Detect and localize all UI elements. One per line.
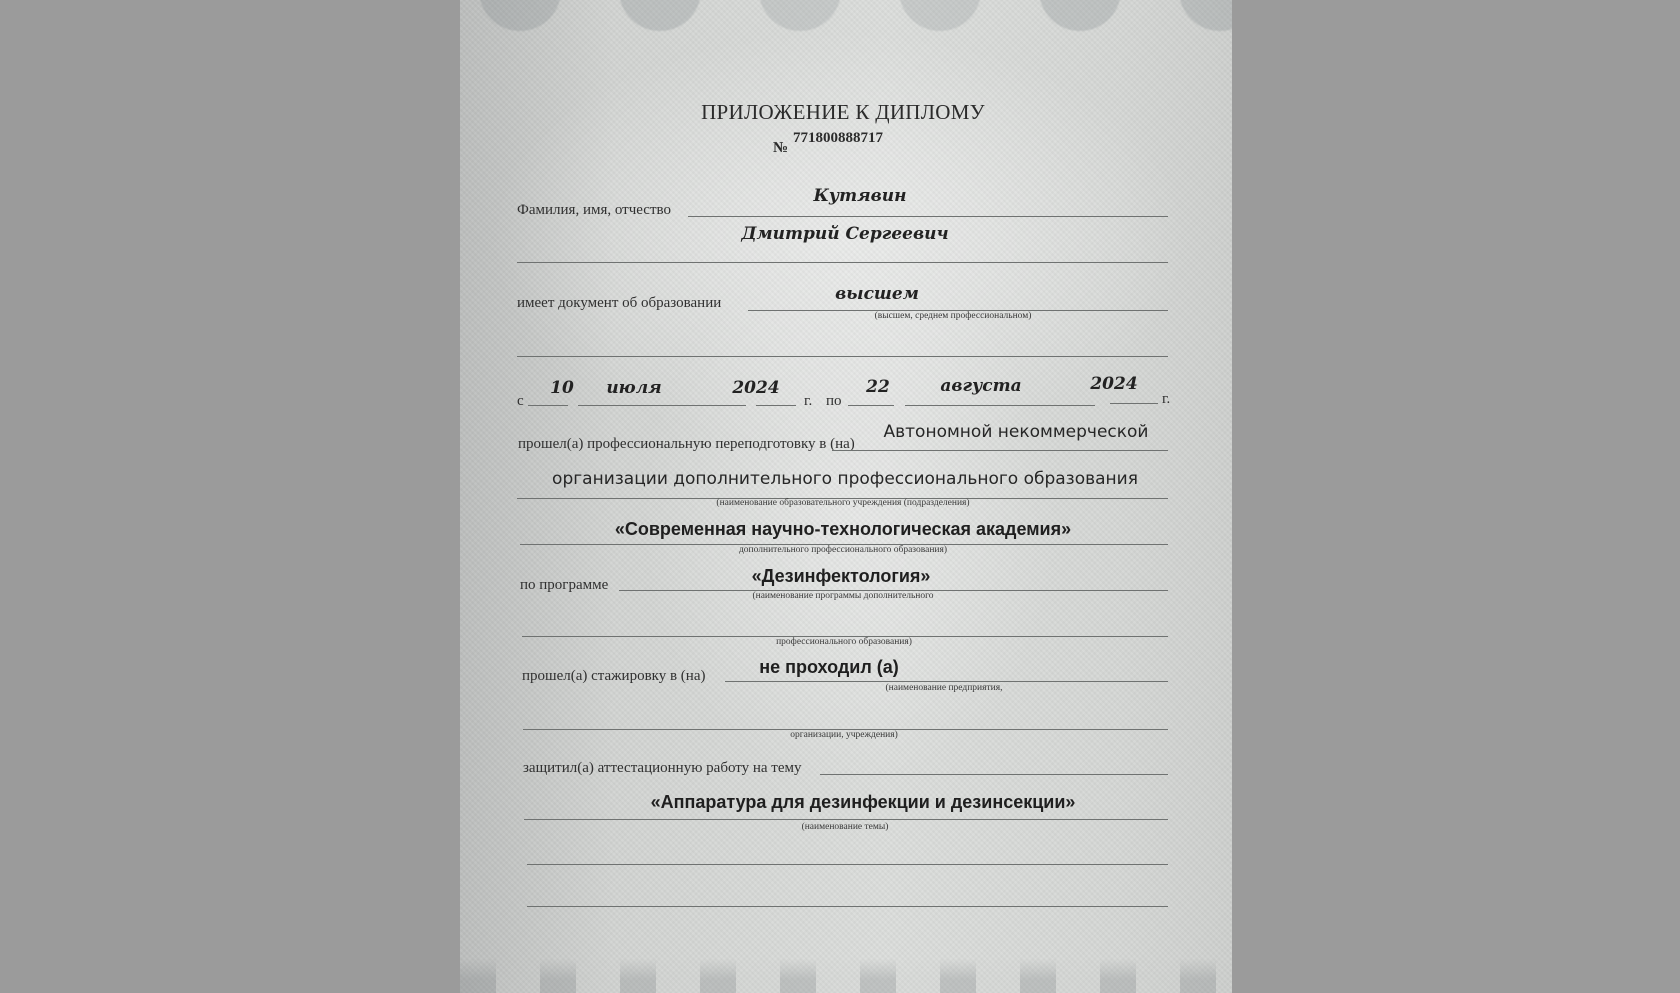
date-to-year-line [1110, 403, 1158, 404]
thesis-underline [524, 819, 1168, 820]
institution-line-3: «Современная научно-технологическая акад… [615, 519, 1071, 540]
date-to-year: 2024 [1090, 374, 1137, 394]
fio-line-2 [517, 262, 1168, 263]
program-label: по программе [520, 577, 608, 594]
thesis-label: защитил(а) аттестационную работу на тему [523, 760, 802, 777]
fio-line-1 [688, 216, 1168, 217]
thesis-caption: (наименование темы) [802, 822, 889, 832]
internship-caption-1: (наименование предприятия, [886, 683, 1003, 693]
program-value: «Дезинфектология» [752, 566, 931, 587]
document-number: 771800888717 [793, 130, 883, 147]
date-from-month: июля [606, 378, 661, 398]
number-sign: № [773, 140, 788, 157]
blank-line-3 [527, 906, 1168, 907]
internship-label: прошел(а) стажировку в (на) [522, 668, 705, 685]
blank-line-1 [517, 356, 1168, 357]
program-caption-2: профессионального образования) [776, 637, 912, 647]
education-label: имеет документ об образовании [517, 295, 721, 312]
date-to-day-line [848, 405, 894, 406]
internship-caption-2: организации, учреждения) [790, 730, 898, 740]
name-patronymic-value: Дмитрий Сергеевич [741, 224, 948, 244]
date-from-day-line [528, 405, 568, 406]
surname-value: Кутявин [813, 186, 906, 206]
date-from-month-line [578, 405, 746, 406]
thesis-value: «Аппаратура для дезинфекции и дезинсекци… [651, 792, 1076, 813]
decorative-border [460, 959, 1232, 993]
education-value: высшем [835, 284, 919, 304]
date-from-day: 10 [550, 378, 574, 398]
date-from-year-line [756, 405, 796, 406]
blank-line-2 [527, 864, 1168, 865]
date-to-month: августа [940, 376, 1021, 396]
date-from-year: 2024 [732, 378, 779, 398]
institution-line-1: Автономной некоммерческой [884, 422, 1149, 442]
retraining-line [832, 450, 1168, 451]
diploma-supplement-page: ПРИЛОЖЕНИЕ К ДИПЛОМУ № 771800888717 Фами… [460, 0, 1232, 993]
fio-label: Фамилия, имя, отчество [517, 202, 671, 219]
date-from-prefix: с [517, 393, 524, 410]
thesis-line [820, 774, 1168, 775]
program-caption-1: (наименование программы дополнительного [752, 591, 933, 601]
education-caption: (высшем, среднем профессиональном) [875, 311, 1032, 321]
date-to-prefix: по [826, 393, 842, 410]
year-suffix-2: г. [1162, 391, 1170, 408]
retraining-label: прошел(а) профессиональную переподготовк… [518, 436, 855, 453]
internship-line [725, 681, 1168, 682]
document-title: ПРИЛОЖЕНИЕ К ДИПЛОМУ [701, 100, 985, 125]
institution-line-2: организации дополнительного профессионал… [552, 469, 1138, 489]
institution-caption-2: дополнительного профессионального образо… [739, 545, 947, 555]
year-suffix-1: г. [804, 393, 812, 410]
institution-caption-1: (наименование образовательного учреждени… [716, 498, 969, 508]
date-to-day: 22 [866, 377, 890, 397]
internship-value: не проходил (а) [759, 657, 899, 678]
date-to-month-line [905, 405, 1095, 406]
